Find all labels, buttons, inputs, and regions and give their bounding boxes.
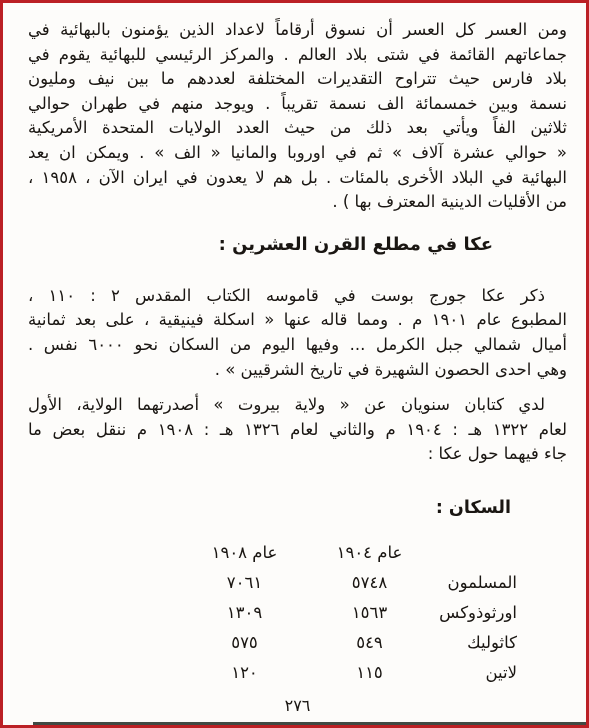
scan-edge-line <box>33 722 586 725</box>
text-line: البهائية في البلاد الأخرى بالمئات . بل ه… <box>28 166 567 191</box>
text-line: « حوالي عشرة آلاف » ثم في اوروبا والماني… <box>28 141 567 166</box>
text-line: وهي احدى الحصون الشهيرة في تاريخ الشرقيي… <box>28 358 567 383</box>
text-line: أميال شمالي جبل الكرمل ... وفيها اليوم م… <box>28 333 567 358</box>
text-line: لعام ١٣٢٢ هـ : ١٩٠٤ م والثاني لعام ١٣٢٦ … <box>28 418 567 443</box>
value-1908: ٥٧٥ <box>177 628 312 658</box>
paragraph-george-post-dictionary-quote: ذكر عكا جورج بوست في قاموسه الكتاب المقد… <box>28 284 567 382</box>
text-line: ثلاثين الفاً ويأتي بعد ذلك من حيث العدد … <box>28 116 567 141</box>
population-table-header-row: عام ١٩٠٤ عام ١٩٠٨ <box>177 538 517 568</box>
text-line: لدي كتابان سنويان عن « ولاية بيروت » أصد… <box>28 393 567 418</box>
value-1904: ٥٤٩ <box>312 628 427 658</box>
value-1904: ١٥٦٣ <box>312 598 427 628</box>
row-label: لاتين <box>427 658 517 688</box>
paragraph-beirut-vilayet-yearbooks: لدي كتابان سنويان عن « ولاية بيروت » أصد… <box>28 393 567 467</box>
population-section-label: السكان : <box>28 496 511 521</box>
empty-header-cell <box>427 538 517 568</box>
population-table: عام ١٩٠٤ عام ١٩٠٨ المسلمون٥٧٤٨٧٠٦١اورثوذ… <box>177 538 517 688</box>
page-number: ٢٧٦ <box>28 696 567 715</box>
value-1908: ٧٠٦١ <box>177 568 312 598</box>
population-table-row: اورثوذوكس١٥٦٣١٣٠٩ <box>177 598 517 628</box>
value-1904: ٥٧٤٨ <box>312 568 427 598</box>
column-header-year-1908: عام ١٩٠٨ <box>177 538 312 568</box>
text-line: بلاد فارس حيث تتراوح التقديرات المختلفة … <box>28 67 567 92</box>
text-line: جماعاتهم القائمة في شتى بلاد العالم . وا… <box>28 43 567 68</box>
population-table-body: المسلمون٥٧٤٨٧٠٦١اورثوذوكس١٥٦٣١٣٠٩كاثوليك… <box>177 568 517 688</box>
text-line: ومن العسر كل العسر أن نسوق أرقاماً لاعدا… <box>28 18 567 43</box>
value-1908: ١٣٠٩ <box>177 598 312 628</box>
text-line: المطبوع عام ١٩٠١ م . ومما قاله عنها « اس… <box>28 308 567 333</box>
paragraph-bahai-statistics: ومن العسر كل العسر أن نسوق أرقاماً لاعدا… <box>28 18 567 215</box>
value-1904: ١١٥ <box>312 658 427 688</box>
scanned-book-page: ومن العسر كل العسر أن نسوق أرقاماً لاعدا… <box>0 0 589 728</box>
row-label: اورثوذوكس <box>427 598 517 628</box>
population-table-row: المسلمون٥٧٤٨٧٠٦١ <box>177 568 517 598</box>
text-line: من الأقليات الدينية المعترف بها ) . <box>28 190 567 215</box>
column-header-year-1904: عام ١٩٠٤ <box>312 538 427 568</box>
text-line: ذكر عكا جورج بوست في قاموسه الكتاب المقد… <box>28 284 567 309</box>
row-label: المسلمون <box>427 568 517 598</box>
text-line: جاء فيهما حول عكا : <box>28 442 567 467</box>
page-content: ومن العسر كل العسر أن نسوق أرقاماً لاعدا… <box>3 3 586 725</box>
value-1908: ١٢٠ <box>177 658 312 688</box>
text-line: نسمة وبين خمسمائة الف نسمة تقريباً . ويو… <box>28 92 567 117</box>
population-table-row: لاتين١١٥١٢٠ <box>177 658 517 688</box>
row-label: كاثوليك <box>427 628 517 658</box>
population-table-row: كاثوليك٥٤٩٥٧٥ <box>177 628 517 658</box>
section-heading-akka-early-twentieth-century: عكا في مطلع القرن العشرين : <box>28 232 493 257</box>
